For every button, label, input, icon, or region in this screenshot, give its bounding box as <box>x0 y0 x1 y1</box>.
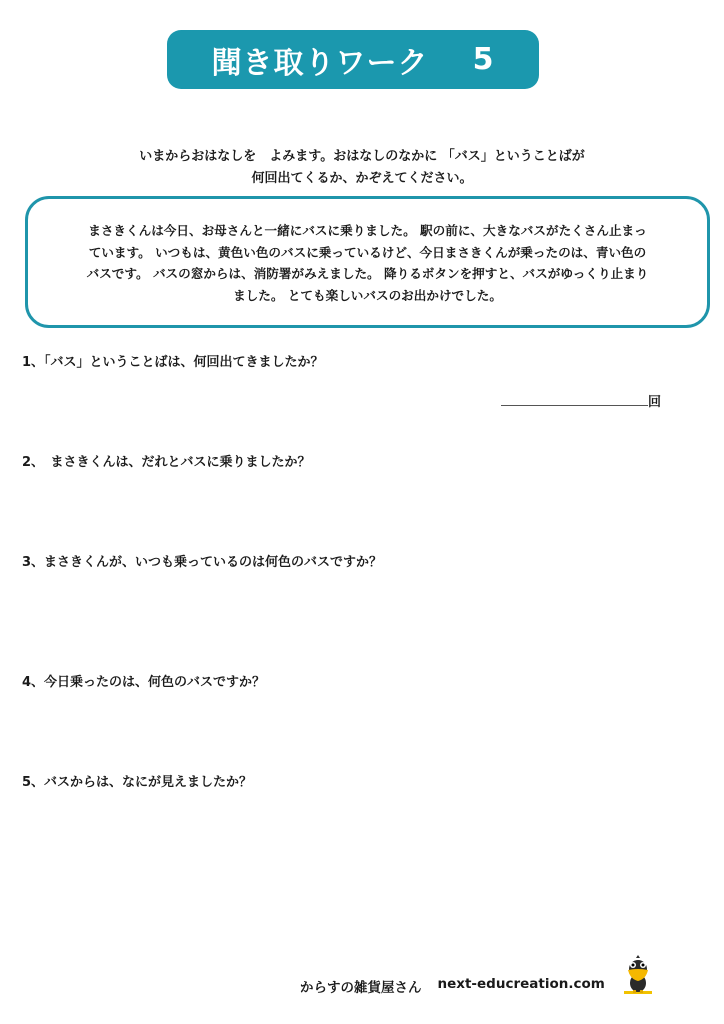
instructions: いまからおはなしを よみます。おはなしのなかに 「バス」ということばが 何回出て… <box>60 146 664 190</box>
question-3: 3、まさきくんが、いつも乗っているのは何色のバスですか？ <box>22 551 382 570</box>
title-text: 聞き取りワーク <box>212 38 429 82</box>
footer-brand: からすの雑貨屋さん <box>300 976 422 996</box>
question-2: 2、 まさきくんは、だれとバスに乗りましたか？ <box>22 451 311 470</box>
instructions-line-1: いまからおはなしを よみます。おはなしのなかに 「バス」ということばが <box>60 146 664 168</box>
footer: からすの雑貨屋さん next-educreation.com <box>300 976 605 996</box>
question-4: 4、今日乗ったのは、何色のバスですか？ <box>22 671 265 690</box>
instructions-line-2: 何回出てくるか、かぞえてください。 <box>60 168 664 190</box>
answer-line-1[interactable] <box>501 405 648 406</box>
crow-mascot-icon <box>620 955 656 997</box>
footer-website[interactable]: next-educreation.com <box>438 976 605 996</box>
title-number: 5 <box>473 42 495 77</box>
story-line-1: まさきくんは今日、お母さんと一緒にバスに乗りました。 駅の前に、大きなバスがたく… <box>40 220 696 242</box>
story-box: まさきくんは今日、お母さんと一緒にバスに乗りました。 駅の前に、大きなバスがたく… <box>25 196 710 328</box>
answer-unit-count: 回 <box>648 391 661 410</box>
question-5: 5、バスからは、なにが見えましたか？ <box>22 771 252 790</box>
story-text: まさきくんは今日、お母さんと一緒にバスに乗りました。 駅の前に、大きなバスがたく… <box>40 220 696 306</box>
question-1: 1、「バス」ということばは、何回出てきましたか？ <box>22 351 324 370</box>
story-line-2: ています。 いつもは、黄色い色のバスに乗っているけど、今日まさきくんが乗ったのは… <box>40 242 696 264</box>
worksheet-title: 聞き取りワーク 5 <box>167 30 539 89</box>
story-line-3: バスです。 バスの窓からは、消防署がみえました。 降りるボタンを押すと、バスがゆ… <box>40 263 696 285</box>
story-line-4: ました。 とても楽しいバスのお出かけでした。 <box>40 285 696 307</box>
